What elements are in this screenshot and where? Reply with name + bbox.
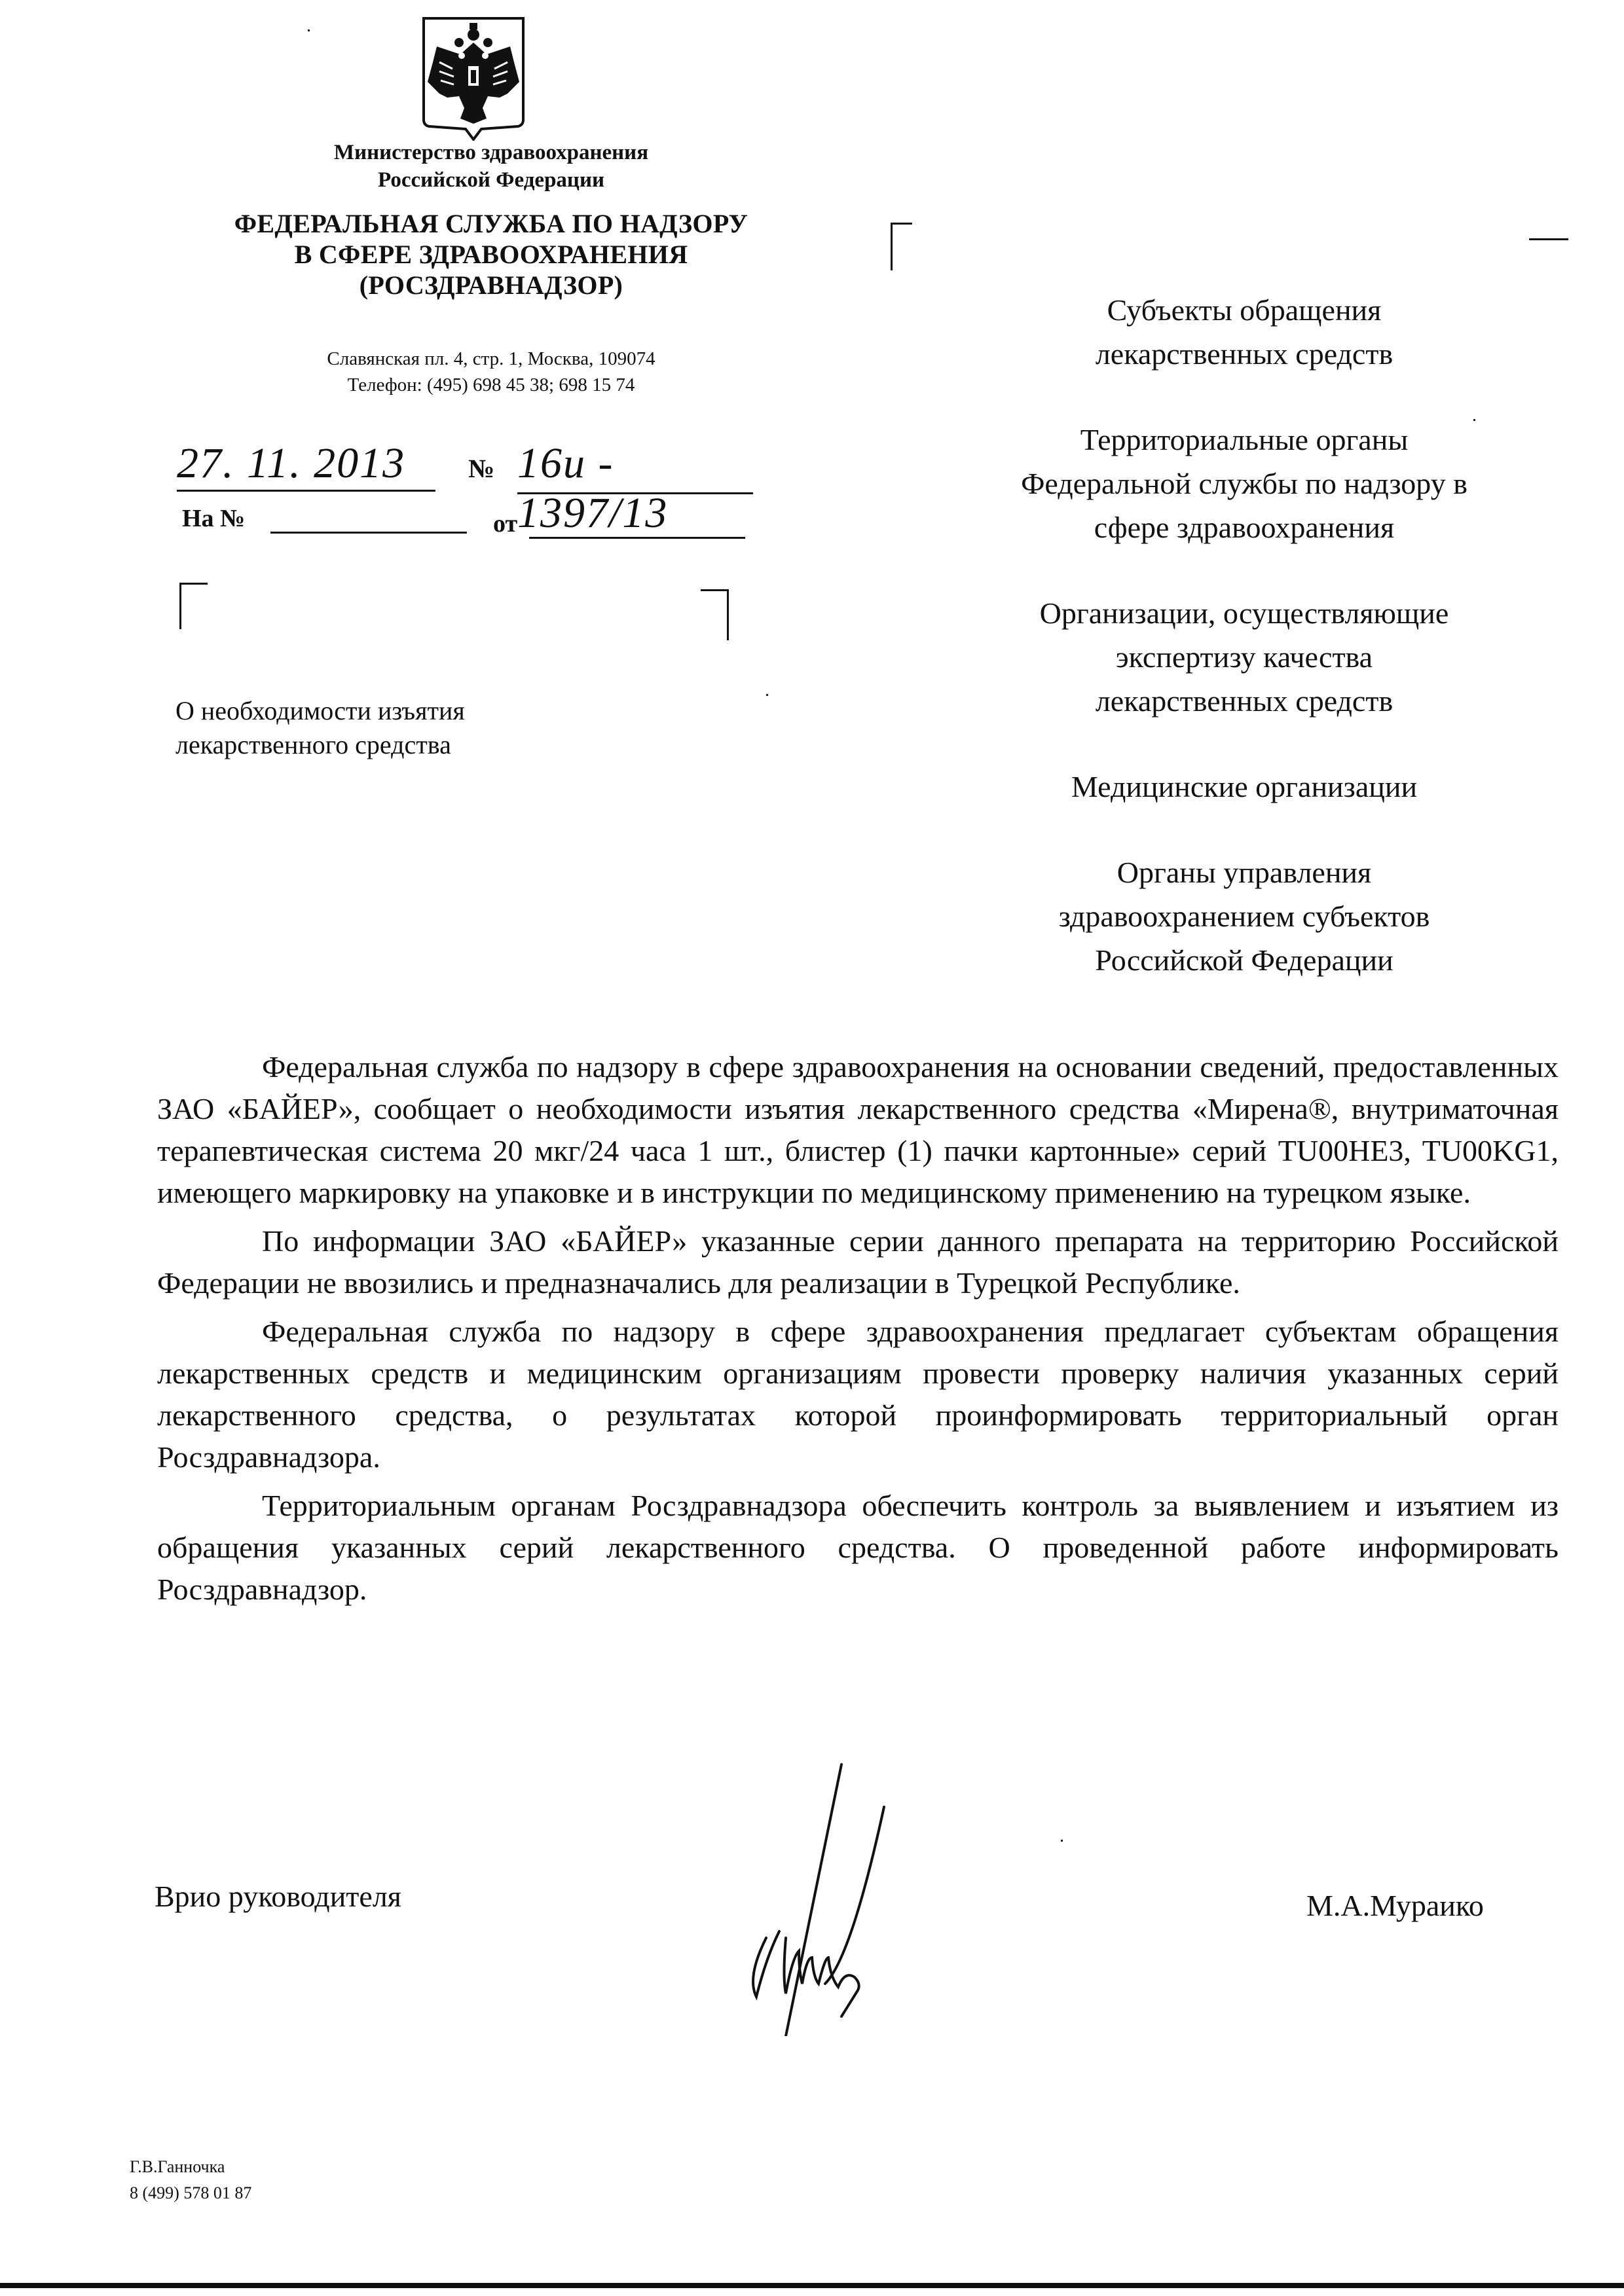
body-paragraph: По информации ЗАО «БАЙЕР» указанные сери… [157,1220,1559,1304]
registration-line: 27. 11. 2013 № 16и - 1397/13 [177,439,832,498]
addressee-item: Органы управления здравоохранением субъе… [904,850,1585,982]
addressee-line: здравоохранением субъектов [904,894,1585,938]
addressee-list: Субъекты обращения лекарственных средств… [904,288,1585,1024]
corner-mark-top-left [179,583,208,629]
phone: Телефон: (495) 698 45 38; 698 15 74 [164,372,819,398]
body-paragraph: Федеральная служба по надзору в сфере зд… [157,1311,1559,1478]
service-line: В СФЕРЕ ЗДРАВООХРАНЕНИЯ [164,239,819,270]
scan-edge-bar [0,2283,1624,2288]
scan-speck [766,694,768,696]
registration-number: 16и - 1397/13 [517,439,753,494]
address: Славянская пл. 4, стр. 1, Москва, 109074 [164,346,819,372]
addressee-line: Субъекты обращения [904,288,1585,332]
scan-speck [1061,1840,1063,1842]
addressee-line: Органы управления [904,850,1585,894]
number-label: № [468,453,494,484]
executor-info: Г.В.Ганночка 8 (499) 578 01 87 [130,2154,251,2206]
corner-mark-top-right [701,589,729,640]
addressee-item: Субъекты обращения лекарственных средств [904,288,1585,376]
addressee-item: Организации, осуществляющие экспертизу к… [904,591,1585,723]
letter-subject: О необходимости изъятия лекарственного с… [175,694,634,762]
letter-body: Федеральная служба по надзору в сфере зд… [157,1046,1559,1617]
service-line: (РОСЗДРАВНАДЗОР) [164,270,819,301]
addressee-line: Российской Федерации [904,938,1585,982]
addressee-line: лекарственных средств [904,679,1585,723]
service-name: ФЕДЕРАЛЬНАЯ СЛУЖБА ПО НАДЗОРУ В СФЕРЕ ЗД… [164,208,819,301]
ministry-line: Российской Федерации [183,166,799,194]
reply-reference: На № от [182,504,771,543]
body-paragraph: Территориальным органам Росздравнадзора … [157,1485,1559,1611]
addressee-item: Территориальные органы Федеральной служб… [904,418,1585,549]
signatory-title: Врио руководителя [155,1879,401,1914]
service-contacts: Славянская пл. 4, стр. 1, Москва, 109074… [164,346,819,398]
reply-number-label: На № [182,504,245,533]
corner-mark-addressee-right [1529,238,1568,240]
addressee-line: Федеральной службы по надзору в [904,462,1585,505]
executor-name: Г.В.Ганночка [130,2154,251,2180]
subject-line: лекарственного средства [175,728,634,762]
ministry-name: Министерство здравоохранения Российской … [183,139,799,194]
coat-of-arms-icon [421,16,526,141]
reply-number-field [270,532,467,534]
addressee-line: Организации, осуществляющие [904,591,1585,635]
executor-phone: 8 (499) 578 01 87 [130,2180,251,2206]
service-line: ФЕДЕРАЛЬНАЯ СЛУЖБА ПО НАДЗОРУ [164,208,819,239]
signatory-name: М.А.Мураико [1306,1888,1484,1923]
corner-mark-addressee-left [891,223,912,270]
registration-date: 27. 11. 2013 [177,439,435,492]
addressee-line: Территориальные органы [904,418,1585,462]
addressee-line: Медицинские организации [904,765,1585,809]
scan-speck [308,29,310,31]
addressee-line: сфере здравоохранения [904,505,1585,549]
ministry-line: Министерство здравоохранения [183,139,799,166]
addressee-line: экспертизу качества [904,635,1585,679]
scan-speck [1473,419,1475,421]
addressee-item: Медицинские организации [904,765,1585,809]
subject-line: О необходимости изъятия [175,694,634,728]
reply-date-field [529,537,745,539]
addressee-line: лекарственных средств [904,332,1585,376]
body-paragraph: Федеральная служба по надзору в сфере зд… [157,1046,1559,1214]
handwritten-signature-icon [694,1761,969,2036]
reply-from-label: от [493,509,517,538]
